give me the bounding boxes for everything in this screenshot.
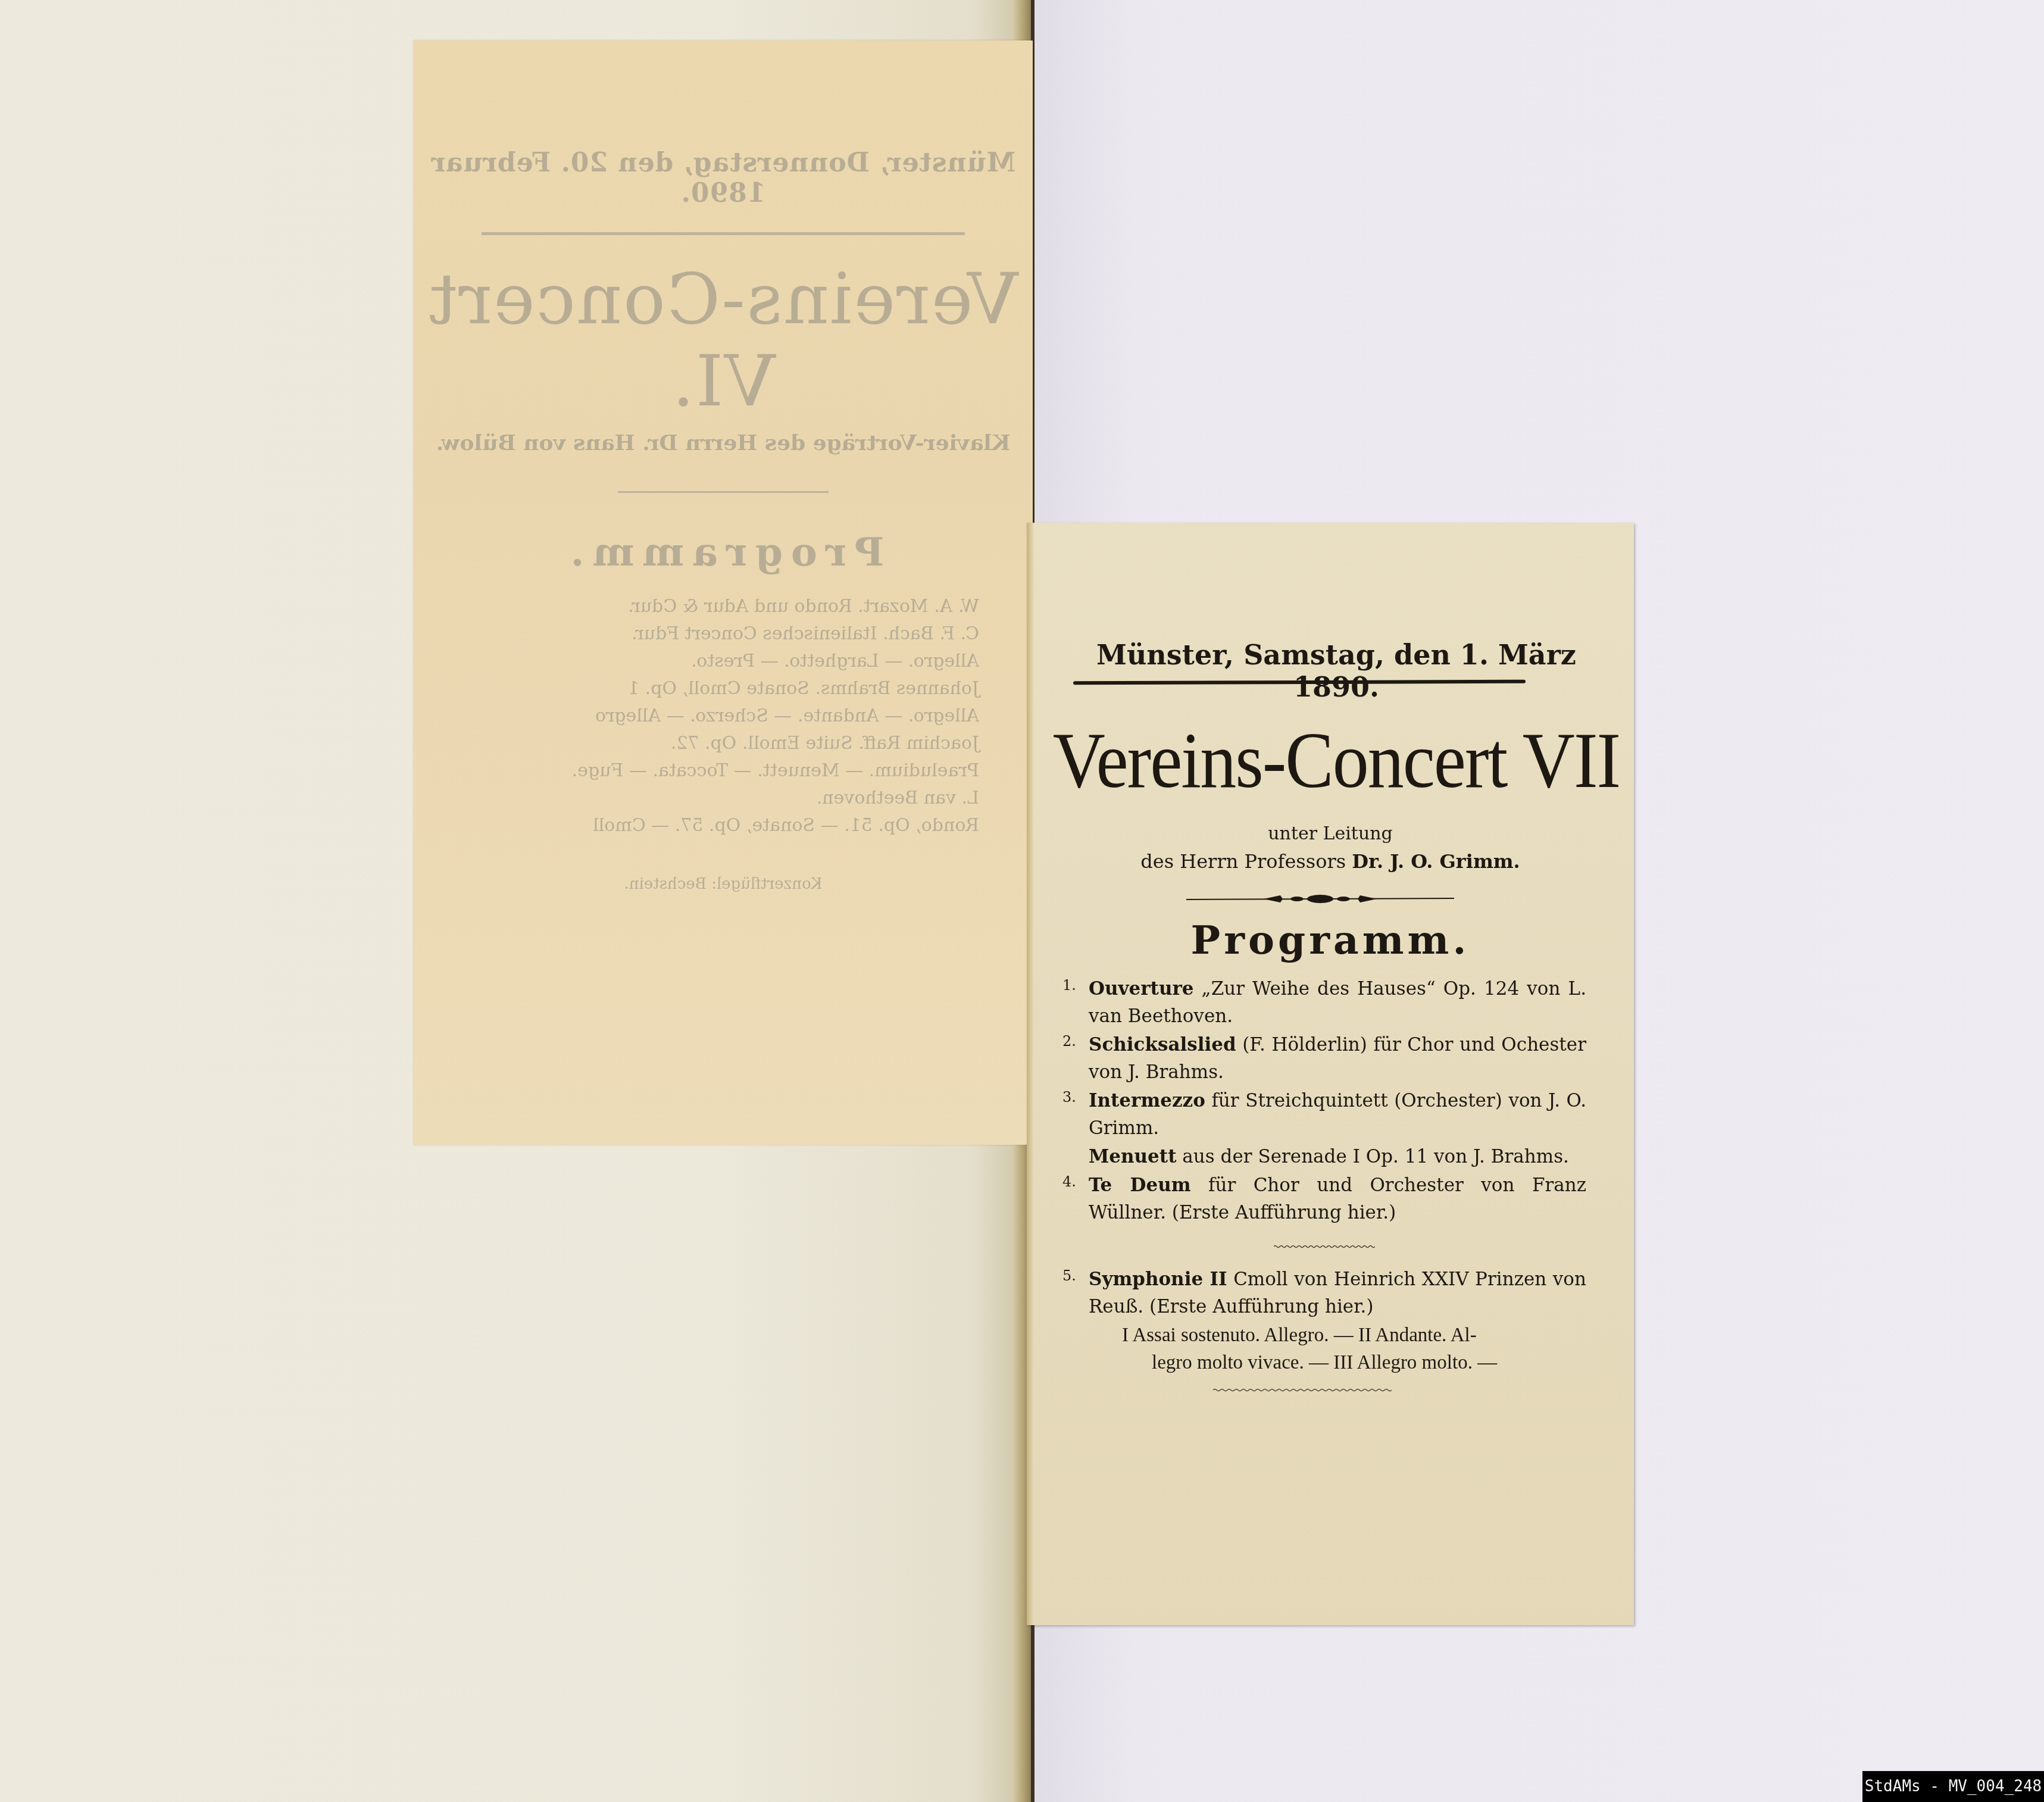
reverse-program-heading: Programm. (414, 529, 1033, 575)
section-wavy-rule (1274, 1243, 1375, 1250)
subtitle-direction: unter Leitung (1027, 823, 1634, 844)
item-number: 3. (1062, 1083, 1076, 1111)
item-number: 4. (1062, 1168, 1076, 1195)
program-item: Menuett aus der Serenade I Op. 11 von J.… (1062, 1143, 1586, 1170)
date-line: Münster, Samstag, den 1. März 1890. (1062, 639, 1610, 703)
item-number: 5. (1062, 1262, 1076, 1289)
ornamental-divider-icon (1180, 892, 1460, 905)
item-title: Ouverture (1089, 978, 1194, 1000)
reverse-program-line: L. van Beethoven. (455, 785, 979, 812)
item-title: Te Deum (1089, 1175, 1191, 1196)
reverse-footer: Konzertflügel: Bechstein. (414, 875, 1033, 893)
item-number: 1. (1062, 972, 1076, 999)
date-city: Münster, (1096, 639, 1234, 671)
reverse-rule (482, 232, 964, 235)
reverse-program-line: Rondo, Op. 51. — Sonate, Op. 57. — Cmoll (455, 812, 979, 839)
program-item: 1.Ouverture „Zur Weihe des Hauses“ Op. 1… (1062, 975, 1586, 1030)
program-item: 4.Te Deum für Chor und Orchester von Fra… (1062, 1172, 1586, 1226)
reverse-program-line: Praeludium. — Menuett. — Toccata. — Fuge… (455, 757, 979, 785)
reverse-program-line: W. A. Mozart. Rondo und Adur & Cdur. (455, 593, 979, 620)
program-item: 3.Intermezzo für Streichquintett (Orches… (1062, 1087, 1586, 1142)
reverse-program-line: Allegro. — Larghetto. — Presto. (455, 648, 979, 675)
program-sheet: Münster, Samstag, den 1. März 1890. Vere… (1027, 523, 1634, 1625)
movements-line-1: I Assai sostenuto. Allegro. — II Andante… (1122, 1322, 1586, 1349)
reverse-date-line: Münster, Donnerstag, den 20. Februar 189… (414, 148, 1033, 208)
closing-wavy-rule (1213, 1386, 1392, 1394)
reverse-program-sheet: Münster, Donnerstag, den 20. Februar 189… (414, 40, 1033, 1145)
program-item: 2.Schicksalslied (F. Hölderlin) für Chor… (1062, 1031, 1586, 1086)
program-heading: Programm. (1027, 917, 1634, 963)
program-list: 1.Ouverture „Zur Weihe des Hauses“ Op. 1… (1062, 975, 1586, 1376)
symphony-movements: I Assai sostenuto. Allegro. — II Andante… (1062, 1322, 1586, 1376)
item-title: Intermezzo (1089, 1090, 1205, 1111)
reverse-program-line: Johannes Brahms. Sonate Cmoll, Op. 1 (455, 675, 979, 702)
mirrored-bleed-through-text: Münster, Donnerstag, den 20. Februar 189… (414, 40, 1033, 1145)
reverse-program-line: Joachim Raff. Suite Emoll. Op. 72. (455, 730, 979, 757)
item-title: Symphonie II (1089, 1269, 1227, 1290)
date-weekday: Samstag, (1243, 639, 1384, 671)
archive-identifier-label: StdAMs - MV_004_248 (1862, 1771, 2044, 1802)
program-item: 5.Symphonie II Cmoll von Heinrich XXIV P… (1062, 1266, 1586, 1320)
item-title: Menuett (1089, 1146, 1176, 1167)
reverse-subtitle: Klavier-Vorträge des Herrn Dr. Hans von … (414, 430, 1033, 455)
conductor-prefix: des Herrn Professors (1140, 850, 1346, 873)
reverse-program-list: W. A. Mozart. Rondo und Adur & Cdur.C. F… (455, 593, 979, 839)
movements-line-2: legro molto vivace. — III Allegro molto.… (1122, 1349, 1586, 1376)
subtitle-conductor: des Herrn Professors Dr. J. O. Grimm. (1027, 850, 1634, 873)
conductor-name: Dr. J. O. Grimm. (1352, 850, 1520, 873)
reverse-program-line: C. F. Bach. Italienisches Concert Fdur. (455, 620, 979, 648)
reverse-title: Vereins-Concert VI. (414, 258, 1033, 422)
sheet-fold-edge (1027, 523, 1034, 1625)
item-number: 2. (1062, 1028, 1076, 1055)
reverse-ornament (618, 491, 829, 493)
concert-title: Vereins-Concert VII (1051, 715, 1622, 807)
reverse-program-line: Allegro. — Andante. — Scherzo. — Allegro (455, 702, 979, 730)
item-title: Schicksalslied (1089, 1034, 1236, 1055)
item-text: aus der Serenade I Op. 11 von J. Brahms. (1176, 1146, 1568, 1167)
